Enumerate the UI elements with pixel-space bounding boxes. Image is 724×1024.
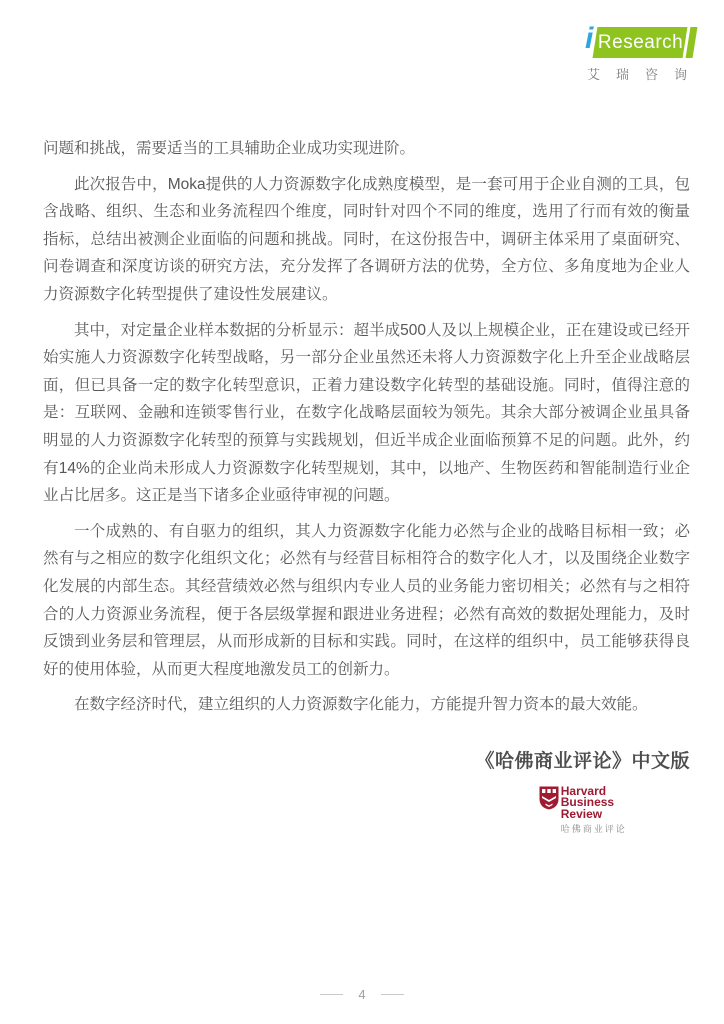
attribution-source: 《哈佛商业评论》中文版	[475, 746, 690, 773]
report-page: i Research 艾瑞咨询 问题和挑战，需要适当的工具辅助企业成功实现进阶。…	[0, 0, 724, 1024]
iresearch-logo-mark: i Research	[585, 27, 697, 58]
iresearch-logo-word: Research	[598, 32, 683, 54]
hbr-logo-text: Harvard Business Review	[561, 786, 614, 821]
iresearch-logo-i: i	[585, 21, 593, 57]
report-body: 问题和挑战，需要适当的工具辅助企业成功实现进阶。 此次报告中，Moka提供的人力…	[43, 135, 690, 835]
hbr-shield-icon	[539, 786, 559, 815]
iresearch-logo-wordmark: Research	[593, 27, 698, 58]
hbr-logo-chinese: 哈佛商业评论	[561, 822, 627, 835]
hbr-logo-line3: Review	[561, 809, 614, 821]
footer-dash-left	[320, 994, 343, 995]
paragraph-1: 问题和挑战，需要适当的工具辅助企业成功实现进阶。	[43, 135, 690, 163]
attribution-block: 《哈佛商业评论》中文版 Har	[475, 746, 690, 836]
iresearch-logo-chinese: 艾瑞咨询	[585, 64, 697, 83]
page-number: 4	[358, 988, 365, 1001]
paragraph-2: 此次报告中，Moka提供的人力资源数字化成熟度模型，是一套可用于企业自测的工具，…	[43, 171, 690, 309]
paragraph-5: 在数字经济时代，建立组织的人力资源数字化能力，方能提升智力资本的最大效能。	[43, 691, 690, 719]
footer-dash-right	[381, 994, 404, 995]
paragraph-3: 其中，对定量企业样本数据的分析显示：超半成500人及以上规模企业，正在建设或已经…	[43, 317, 690, 510]
page-footer: 4	[0, 988, 724, 1001]
hbr-logo-top: Harvard Business Review	[539, 786, 614, 821]
paragraph-4: 一个成熟的、有自驱力的组织，其人力资源数字化能力必然与企业的战略目标相一致；必然…	[43, 518, 690, 684]
iresearch-logo: i Research 艾瑞咨询	[585, 27, 697, 83]
hbr-logo: Harvard Business Review 哈佛商业评论	[539, 786, 627, 836]
